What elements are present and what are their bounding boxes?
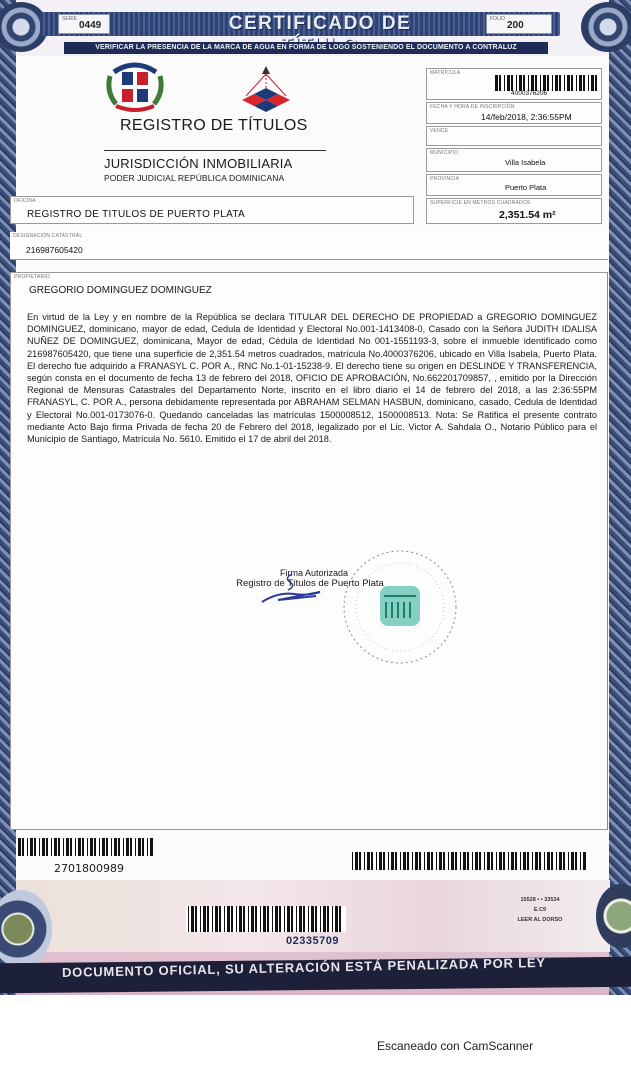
municipality-field: MUNICIPIO Villa Isabela — [426, 148, 602, 172]
area-field: SUPERFICIE EN METROS CUADRADOS 2,351.54 … — [426, 198, 602, 224]
owner-section: PROPIETARIO GREGORIO DOMINGUEZ DOMINGUEZ… — [10, 272, 608, 830]
province-field: PROVINCIA Puerto Plata — [426, 174, 602, 196]
barcode-left — [16, 838, 154, 856]
province-label: PROVINCIA — [430, 176, 459, 182]
official-seal-icon — [340, 548, 460, 666]
watermark-verify-notice: VERIFICAR LA PRESENCIA DE LA MARCA DE AG… — [64, 42, 548, 54]
security-code-2: E.C9 — [510, 905, 570, 915]
cadastral-designation-value: 216987605420 — [26, 245, 83, 255]
cadastral-designation-field: DESIGNACIÓN CATASTRAL 216987605420 — [10, 232, 608, 260]
registration-date-label: FECHA Y HORA DE INSCRIPCIÓN — [430, 104, 515, 110]
matricula-value: 4000376206 — [511, 90, 547, 97]
registration-date-value: 14/feb/2018, 2:36:55PM — [481, 112, 572, 122]
office-value: REGISTRO DE TITULOS DE PUERTO PLATA — [27, 209, 245, 220]
ownership-declaration-text: En virtud de la Ley y en nombre de la Re… — [27, 311, 597, 445]
office-label: OFICINA — [14, 198, 36, 204]
folio-label: FOLIO — [490, 16, 505, 22]
read-reverse-note: LEER AL DORSO — [510, 915, 570, 925]
signature-office: Registro de Títulos de Puerto Plata — [210, 578, 410, 589]
area-value: 2,351.54 m² — [499, 209, 556, 221]
barcode-bottom — [186, 906, 346, 932]
registry-title: REGISTRO DE TÍTULOS — [120, 117, 308, 135]
area-label: SUPERFICIE EN METROS CUADRADOS — [430, 200, 530, 206]
matricula-barcode — [493, 75, 601, 91]
owner-label: PROPIETARIO — [14, 274, 50, 280]
jurisdiccion-inmobiliaria-logo-icon — [238, 64, 294, 116]
guilloche-border-right — [609, 0, 631, 995]
cadastral-designation-label: DESIGNACIÓN CATASTRAL — [13, 233, 82, 239]
barcode-left-number: 2701800989 — [54, 862, 124, 875]
signature-block: Firma Autorizada Registro de Títulos de … — [210, 568, 410, 589]
folio-number: 200 — [507, 20, 524, 31]
rosette-ornament-icon — [581, 2, 631, 52]
scanner-watermark: Escaneado con CamScanner — [377, 1039, 533, 1053]
province-value: Puerto Plata — [505, 183, 546, 192]
barcode-right — [350, 852, 586, 870]
serial-label: SERIE — [62, 16, 77, 22]
judicial-branch-subtitle: PODER JUDICIAL REPÚBLICA DOMINICANA — [104, 173, 284, 183]
title-certificate: SERIE 0449 CERTIFICADO DE TÍTULO FOLIO 2… — [0, 0, 631, 995]
folio-number-box: FOLIO 200 — [486, 14, 552, 34]
security-code-1: 15528 • • 33534 — [510, 895, 570, 905]
registration-date-field: FECHA Y HORA DE INSCRIPCIÓN 14/feb/2018,… — [426, 102, 602, 124]
municipality-value: Villa Isabela — [505, 158, 545, 167]
coat-of-arms-icon — [104, 60, 166, 112]
barcode-bottom-number: 02335709 — [286, 935, 339, 947]
serial-number-box: SERIE 0449 — [58, 14, 110, 34]
matricula-field: MATRÍCULA 4000376206 — [426, 68, 602, 100]
serial-number: 0449 — [79, 20, 101, 31]
owner-name: GREGORIO DOMINGUEZ DOMINGUEZ — [29, 285, 212, 296]
header-divider — [104, 150, 326, 151]
expiration-label: VENCE — [430, 128, 448, 134]
office-field: OFICINA REGISTRO DE TITULOS DE PUERTO PL… — [10, 196, 414, 224]
signature-label: Firma Autorizada — [230, 568, 410, 578]
jurisdiction-title: JURISDICCIÓN INMOBILIARIA — [104, 156, 292, 171]
security-codes: 15528 • • 33534 E.C9 LEER AL DORSO — [510, 895, 570, 925]
matricula-label: MATRÍCULA — [430, 70, 460, 76]
expiration-field: VENCE — [426, 126, 602, 146]
municipality-label: MUNICIPIO — [430, 150, 458, 156]
